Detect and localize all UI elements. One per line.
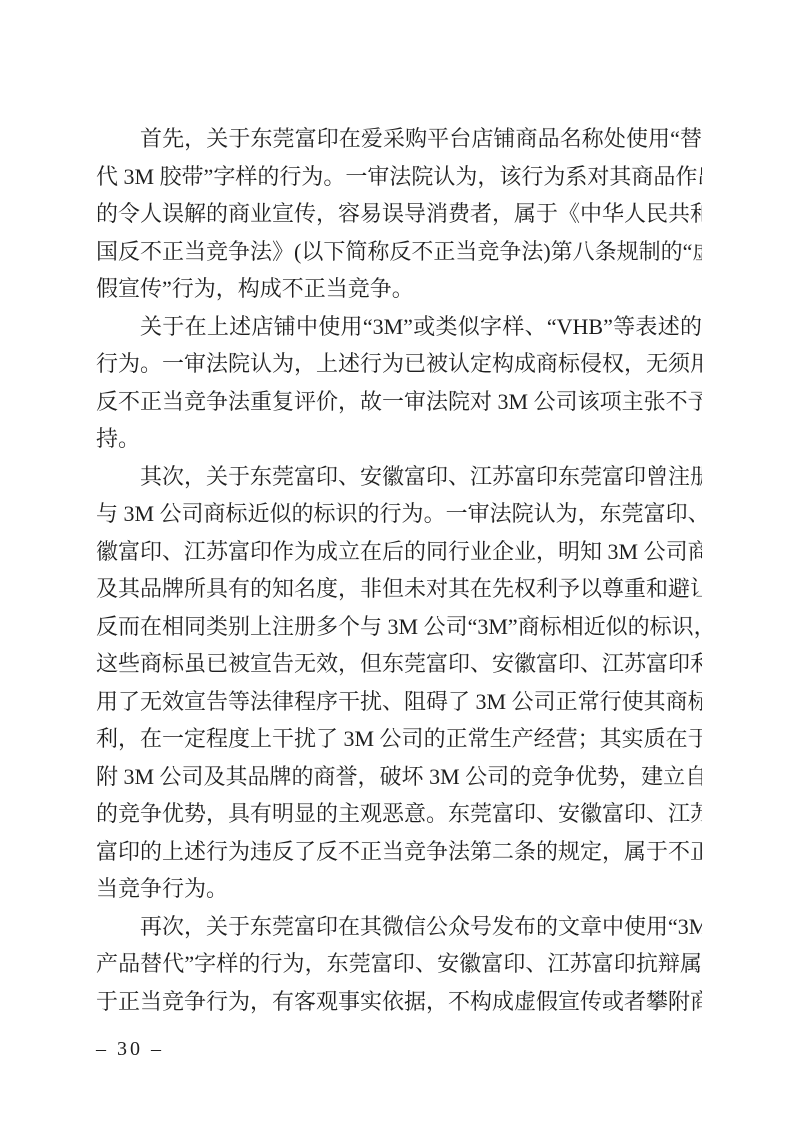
text-line: 与 3M 公司商标近似的标识的行为。一审法院认为，东莞富印、安 (96, 495, 702, 533)
text-line: 国反不正当竞争法》(以下简称反不正当竞争法)第八条规制的“虚 (96, 233, 702, 271)
page-number: – 30 – (96, 1038, 164, 1060)
text-line: 附 3M 公司及其品牌的商誉，破坏 3M 公司的竞争优势，建立自己 (96, 758, 702, 796)
text-line: 代 3M 胶带”字样的行为。一审法院认为，该行为系对其商品作出 (96, 158, 702, 196)
text-line: 首先，关于东莞富印在爱采购平台店铺商品名称处使用“替 (96, 120, 702, 158)
text-line: 反不正当竞争法重复评价，故一审法院对 3M 公司该项主张不予支 (96, 383, 702, 421)
text-line: 用了无效宣告等法律程序干扰、阻碍了 3M 公司正常行使其商标权 (96, 683, 702, 721)
text-line: 关于在上述店铺中使用“3M”或类似字样、“VHB”等表述的 (96, 308, 702, 346)
text-line: 其次，关于东莞富印、安徽富印、江苏富印东莞富印曾注册 (96, 458, 702, 496)
text-line: 假宣传”行为，构成不正当竞争。 (96, 270, 702, 308)
text-line: 及其品牌所具有的知名度，非但未对其在先权利予以尊重和避让， (96, 570, 702, 608)
text-line: 产品替代”字样的行为，东莞富印、安徽富印、江苏富印抗辩属 (96, 945, 702, 983)
text-line: 利，在一定程度上干扰了 3M 公司的正常生产经营；其实质在于攀 (96, 720, 702, 758)
text-line: 持。 (96, 420, 702, 458)
text-line: 这些商标虽已被宣告无效，但东莞富印、安徽富印、江苏富印利 (96, 645, 702, 683)
text-line: 行为。一审法院认为，上述行为已被认定构成商标侵权，无须用 (96, 345, 702, 383)
text-line: 当竞争行为。 (96, 870, 702, 908)
text-line: 的令人误解的商业宣传，容易误导消费者，属于《中华人民共和 (96, 195, 702, 233)
page-footer: – 30 – (96, 1038, 164, 1061)
text-line: 的竞争优势，具有明显的主观恶意。东莞富印、安徽富印、江苏 (96, 795, 702, 833)
text-line: 徽富印、江苏富印作为成立在后的同行业企业，明知 3M 公司商标 (96, 533, 702, 571)
text-line: 再次，关于东莞富印在其微信公众号发布的文章中使用“3M (96, 908, 702, 946)
text-line: 反而在相同类别上注册多个与 3M 公司“3M”商标相近似的标识， (96, 608, 702, 646)
text-line: 于正当竞争行为，有客观事实依据，不构成虚假宣传或者攀附商 (96, 983, 702, 1021)
text-line: 富印的上述行为违反了反不正当竞争法第二条的规定，属于不正 (96, 833, 702, 871)
document-body: 首先，关于东莞富印在爱采购平台店铺商品名称处使用“替代 3M 胶带”字样的行为。… (96, 120, 702, 1020)
document-page: 首先，关于东莞富印在爱采购平台店铺商品名称处使用“替代 3M 胶带”字样的行为。… (0, 0, 794, 1123)
